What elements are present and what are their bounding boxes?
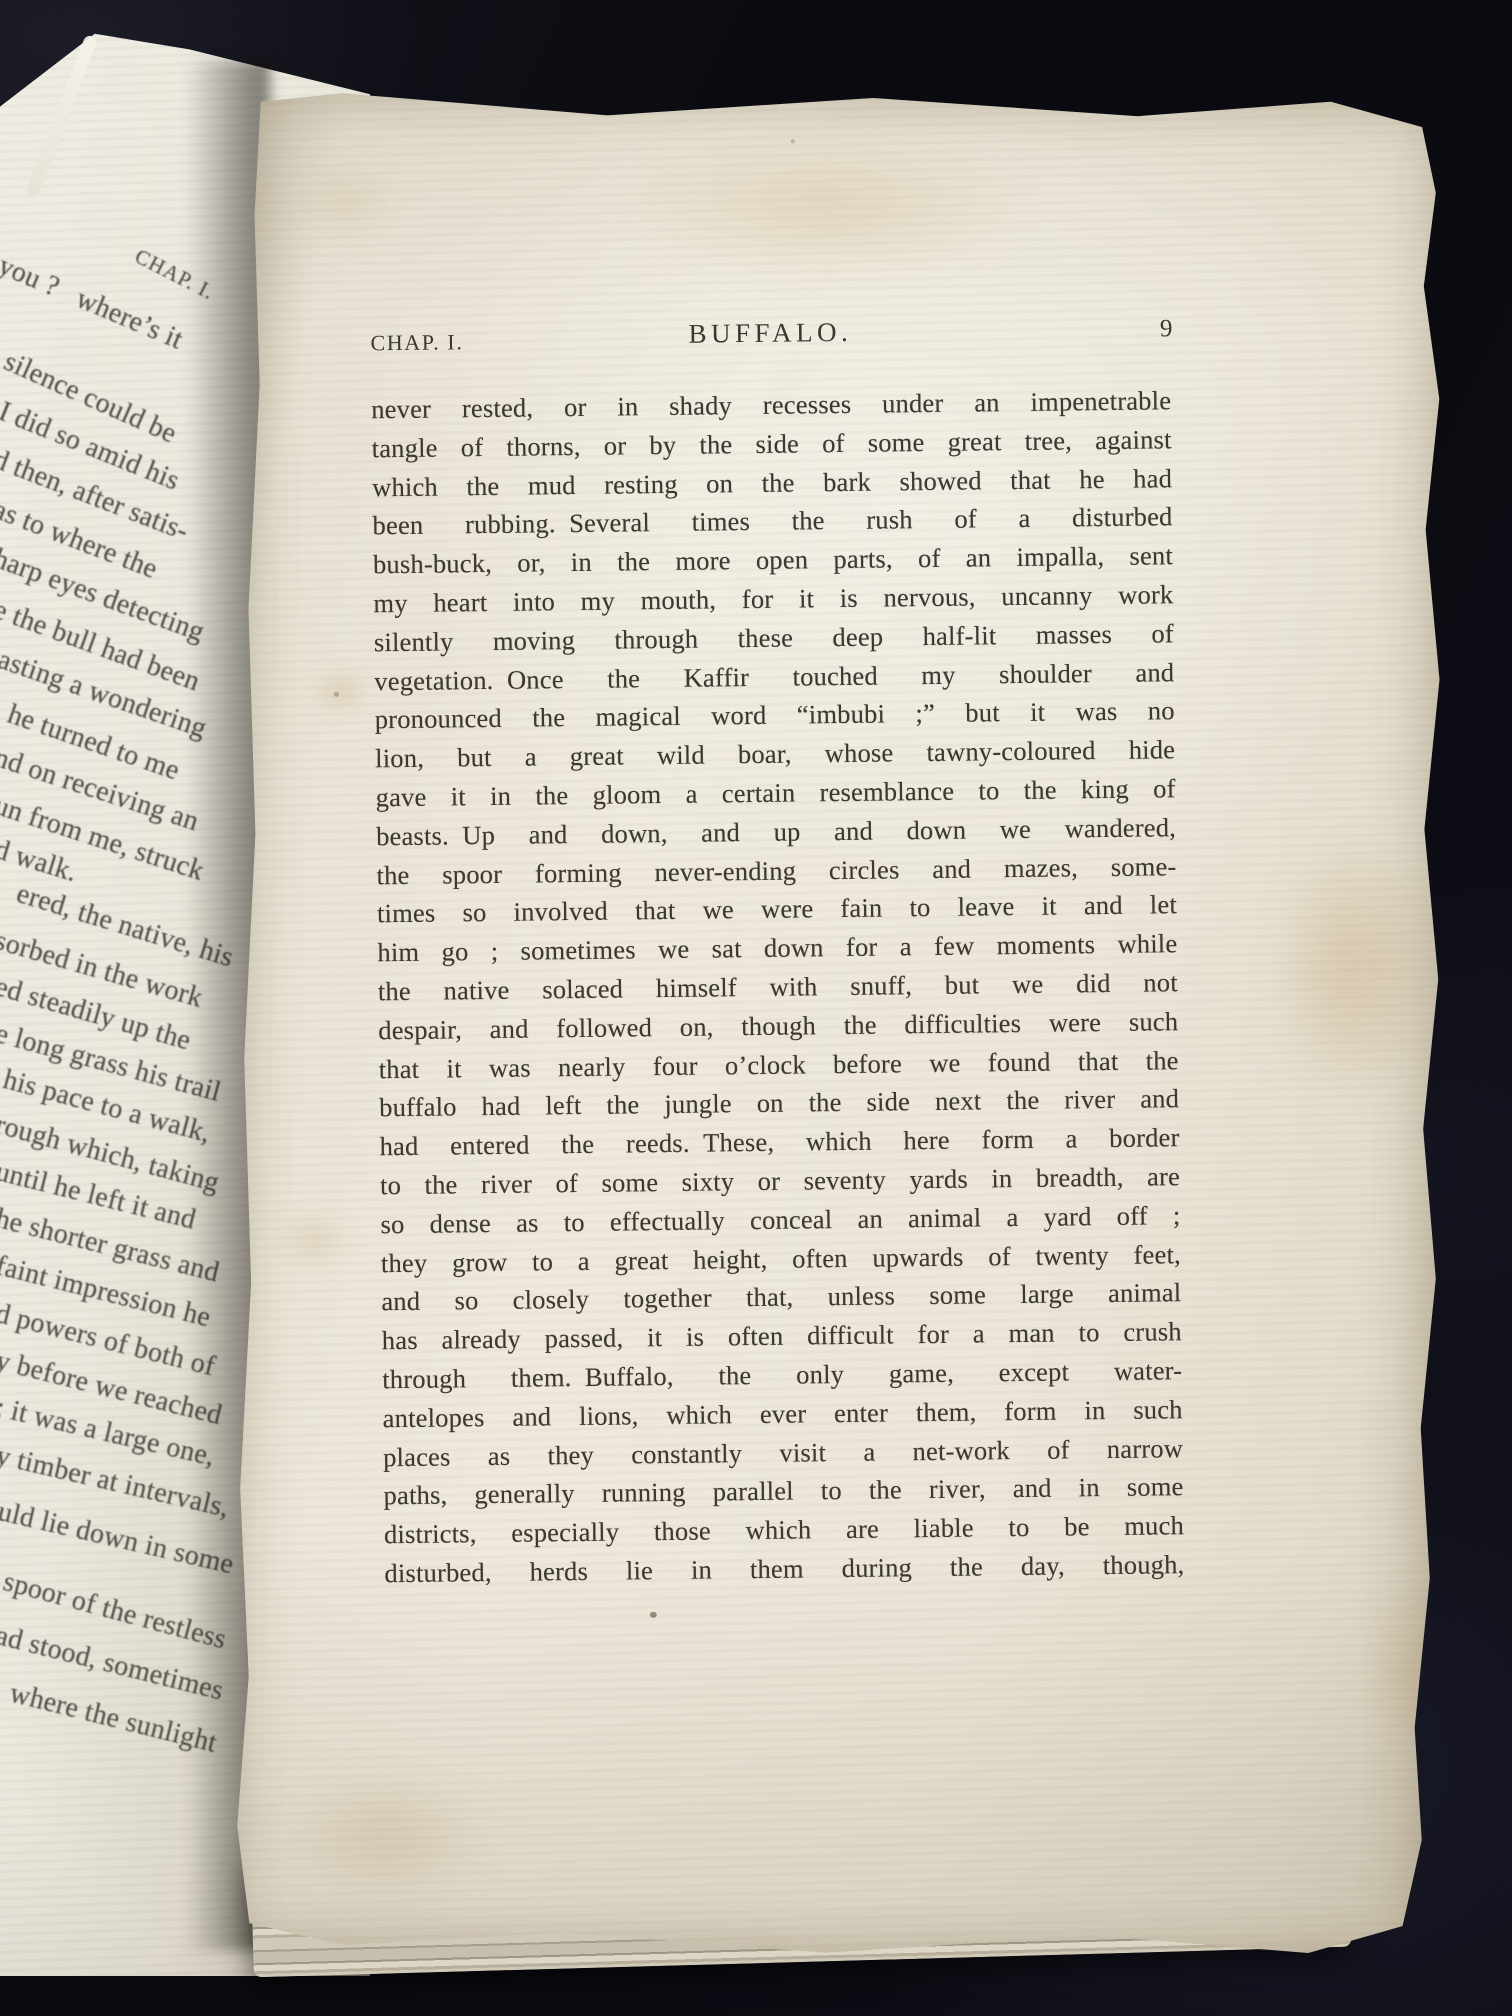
page-number: 9 (1160, 315, 1173, 343)
right-page: CHAP. I. BUFFALO. 9 never rested, or in … (224, 85, 1452, 1972)
page-header: CHAP. I. BUFFALO. 9 (370, 313, 1170, 362)
page-content: CHAP. I. BUFFALO. 9 never rested, or in … (230, 85, 1456, 1971)
page-body: never rested, or in shady recesses under… (371, 381, 1185, 1593)
running-title: BUFFALO. (688, 317, 852, 350)
chapter-label: CHAP. I. (370, 329, 463, 356)
body-line: disturbed, herds lie in them during the … (384, 1545, 1184, 1593)
book-photo: CHAP. I.you ? where’s itsilence could be… (0, 0, 1512, 2016)
